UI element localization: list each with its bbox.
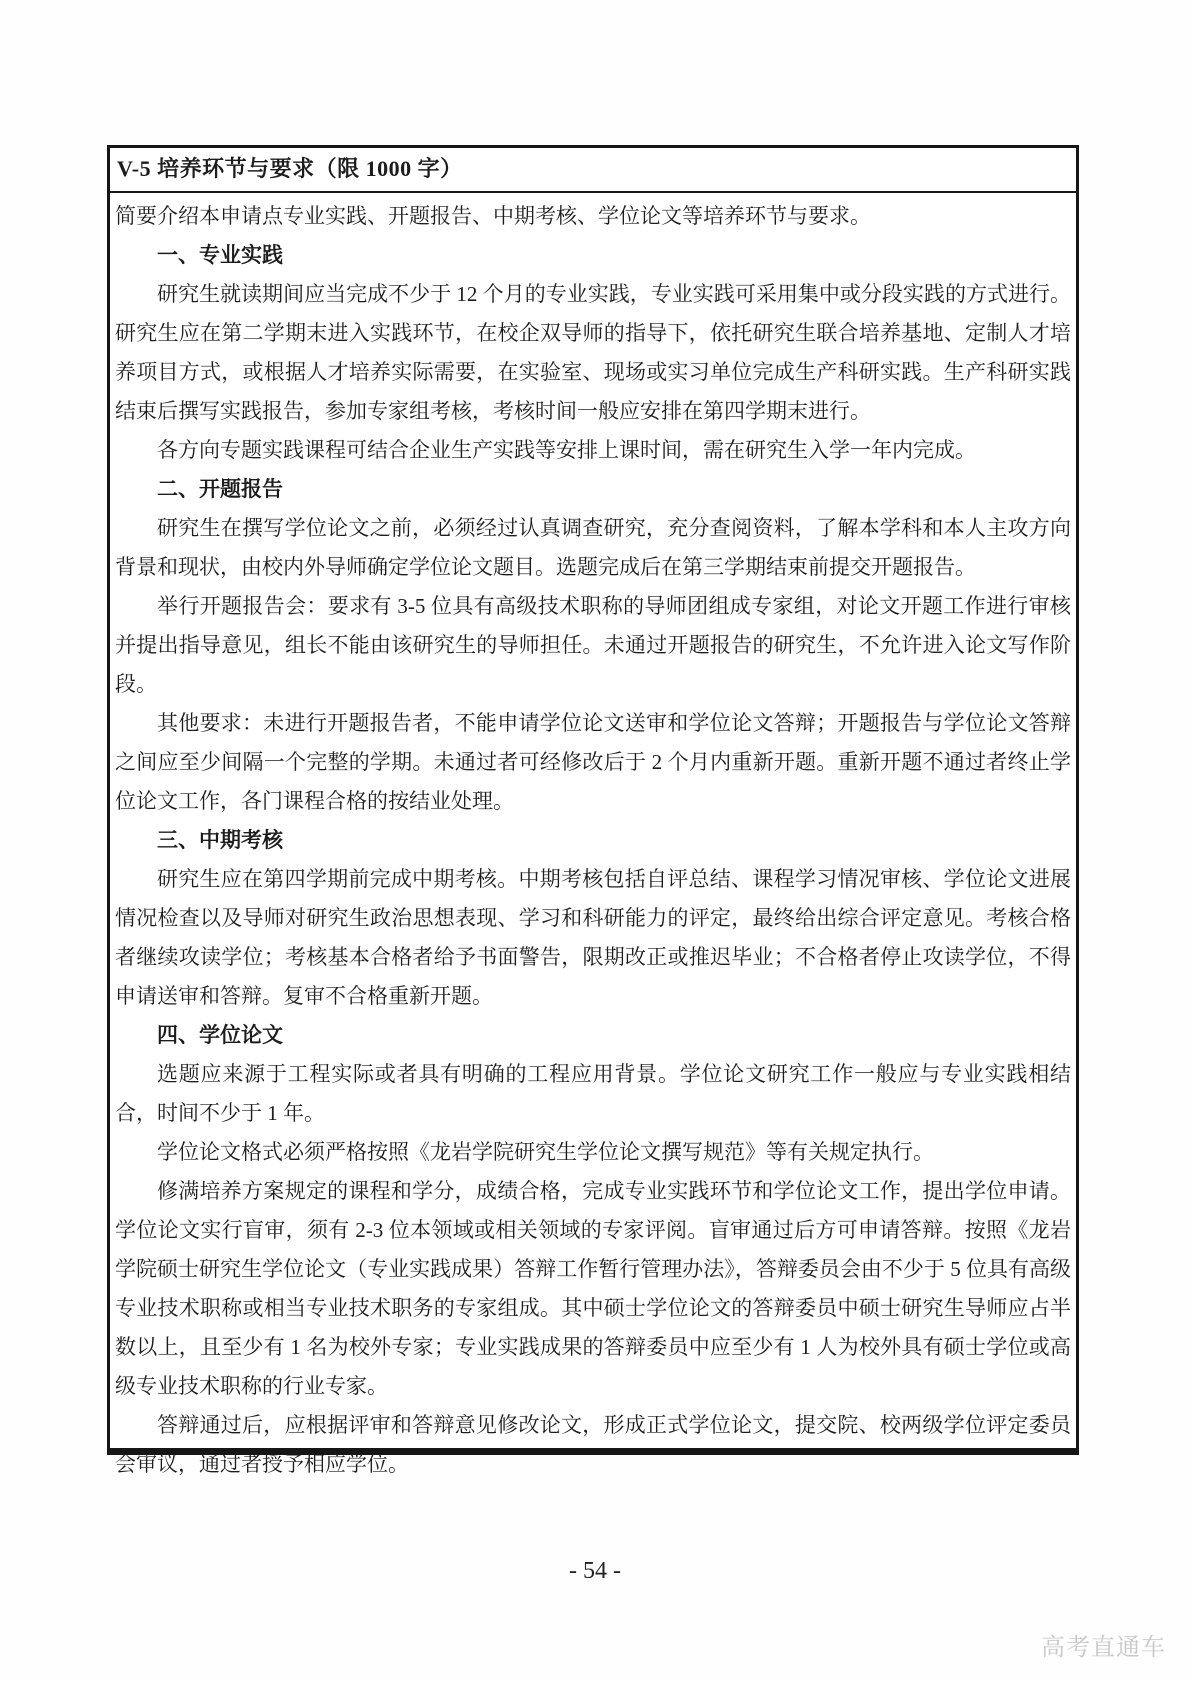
body-paragraph: 各方向专题实践课程可结合企业生产实践等安排上课时间，需在研究生入学一年内完成。 <box>115 431 1071 470</box>
page-number: - 54 - <box>0 1558 1190 1585</box>
section-heading-proposal-report: 二、开题报告 <box>115 470 1071 509</box>
intro-paragraph: 简要介绍本申请点专业实践、开题报告、中期考核、学位论文等培养环节与要求。 <box>115 197 1071 236</box>
form-section-title: V-5 培养环节与要求（限 1000 字） <box>117 156 463 181</box>
watermark-text: 高考直通车 <box>1041 1627 1166 1662</box>
body-paragraph: 答辩通过后，应根据评审和答辩意见修改论文，形成正式学位论文，提交院、校两级学位评… <box>115 1406 1071 1484</box>
section-heading-degree-thesis: 四、学位论文 <box>115 1016 1071 1055</box>
form-header-row: V-5 培养环节与要求（限 1000 字） <box>110 148 1076 193</box>
section-heading-midterm-assessment: 三、中期考核 <box>115 821 1071 860</box>
form-box-v5: V-5 培养环节与要求（限 1000 字） 简要介绍本申请点专业实践、开题报告、… <box>107 145 1079 1455</box>
body-paragraph: 举行开题报告会：要求有 3-5 位具有高级技术职称的导师团组成专家组，对论文开题… <box>115 587 1071 704</box>
body-paragraph: 选题应来源于工程实际或者具有明确的工程应用背景。学位论文研究工作一般应与专业实践… <box>115 1055 1071 1133</box>
document-page: V-5 培养环节与要求（限 1000 字） 简要介绍本申请点专业实践、开题报告、… <box>0 0 1190 1683</box>
body-paragraph: 学位论文格式必须严格按照《龙岩学院研究生学位论文撰写规范》等有关规定执行。 <box>115 1133 1071 1172</box>
body-paragraph: 研究生应在第四学期前完成中期考核。中期考核包括自评总结、课程学习情况审核、学位论… <box>115 860 1071 1016</box>
section-heading-professional-practice: 一、专业实践 <box>115 236 1071 275</box>
body-paragraph: 其他要求：未进行开题报告者，不能申请学位论文送审和学位论文答辩；开题报告与学位论… <box>115 704 1071 821</box>
body-paragraph: 修满培养方案规定的课程和学分，成绩合格，完成专业实践环节和学位论文工作，提出学位… <box>115 1172 1071 1406</box>
form-body-cell: 简要介绍本申请点专业实践、开题报告、中期考核、学位论文等培养环节与要求。 一、专… <box>110 193 1076 1484</box>
body-paragraph: 研究生在撰写学位论文之前，必须经过认真调查研究，充分查阅资料，了解本学科和本人主… <box>115 509 1071 587</box>
body-paragraph: 研究生就读期间应当完成不少于 12 个月的专业实践，专业实践可采用集中或分段实践… <box>115 275 1071 431</box>
